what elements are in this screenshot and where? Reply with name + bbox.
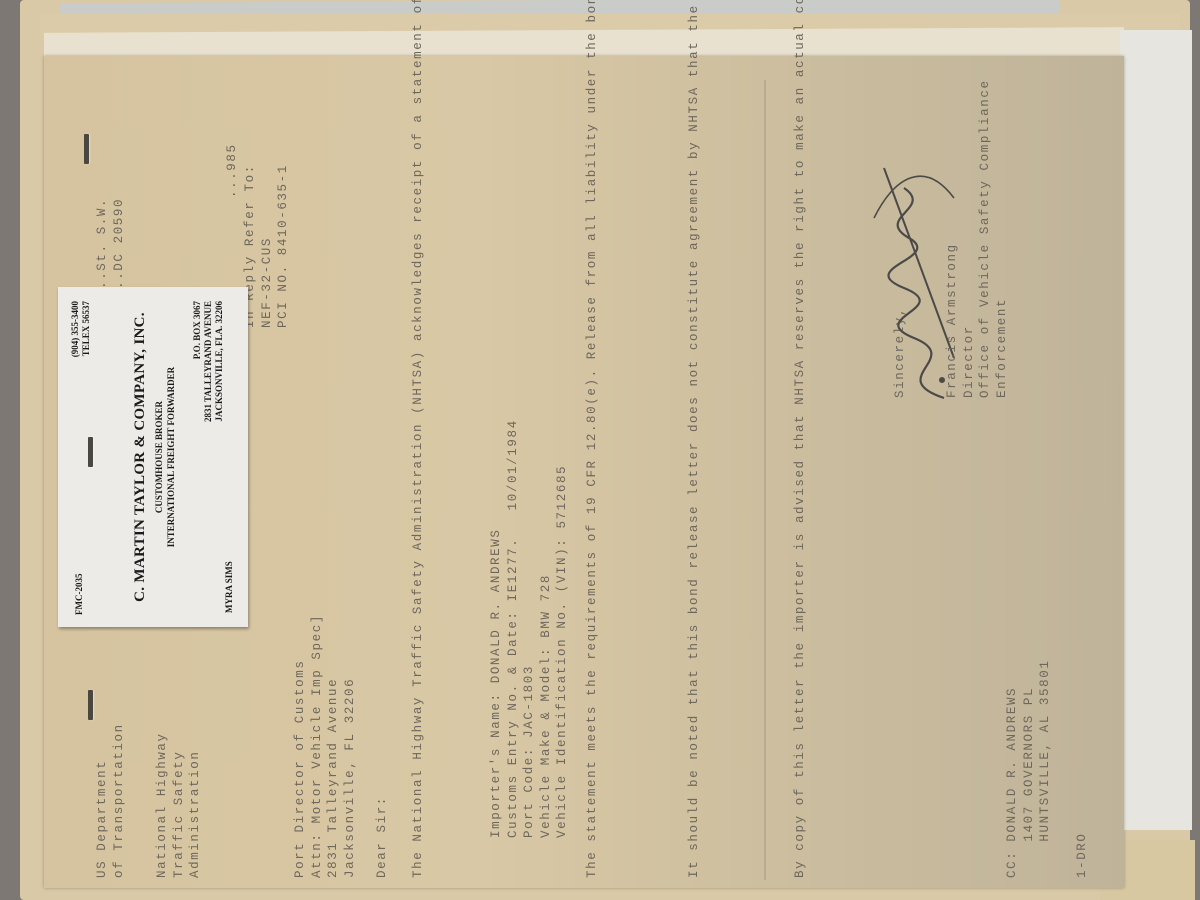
salutation: Dear Sir: xyxy=(374,796,391,878)
signer-block: Francis Armstrong Director Office of Veh… xyxy=(944,79,1010,398)
paragraph-intro: The National Highway Traffic Safety Admi… xyxy=(410,318,427,878)
card-contact-name: MYRA SIMS xyxy=(224,561,234,613)
reply-reference: In Reply Refer To: NEF-32-CUS PCI NO. 84… xyxy=(242,164,292,328)
recipient-address: Port Director of Customs Attn: Motor Veh… xyxy=(292,614,358,878)
card-company-name: C. MARTIN TAYLOR & COMPANY, INC. xyxy=(132,287,149,627)
letter-date: ...985 xyxy=(224,143,241,198)
card-service-line: CUSTOMHOUSE BROKER xyxy=(154,287,164,627)
card-service-line: INTERNATIONAL FREIGHT FORWARDER xyxy=(166,287,176,627)
paragraph-copy: By copy of this letter the importer is a… xyxy=(792,318,809,878)
importer-details: Importer's Name: DONALD R. ANDREWS Custo… xyxy=(488,419,571,838)
business-card: FMC-2035 (904) 355-3400TELEX 56537 C. MA… xyxy=(58,287,248,627)
letterhead-agency: National Highway Traffic Safety Administ… xyxy=(154,732,204,878)
card-phone: (904) 355-3400TELEX 56537 xyxy=(70,301,92,357)
letterhead-address: ...St. S.W. ...DC 20590 xyxy=(94,198,127,298)
typist-initials: 1-DRO xyxy=(1074,832,1091,878)
white-sheet xyxy=(1120,30,1192,830)
paragraph-release: The statement meets the requirements of … xyxy=(584,318,601,878)
paragraph-note: It should be noted that this bond releas… xyxy=(686,318,703,878)
staple-icon xyxy=(88,690,93,720)
staple-icon xyxy=(84,134,89,164)
letterhead-department: US Department of Transportation xyxy=(94,723,127,878)
staple-icon xyxy=(88,437,93,467)
card-address: P.O. BOX 30672831 TALLEYRAND AVENUEJACKS… xyxy=(192,301,225,422)
cc-block: CC: DONALD R. ANDREWS 1407 GOVERNORS PL … xyxy=(1004,660,1054,878)
card-fmc-number: FMC-2035 xyxy=(74,574,84,616)
business-card-content: FMC-2035 (904) 355-3400TELEX 56537 C. MA… xyxy=(58,287,248,627)
